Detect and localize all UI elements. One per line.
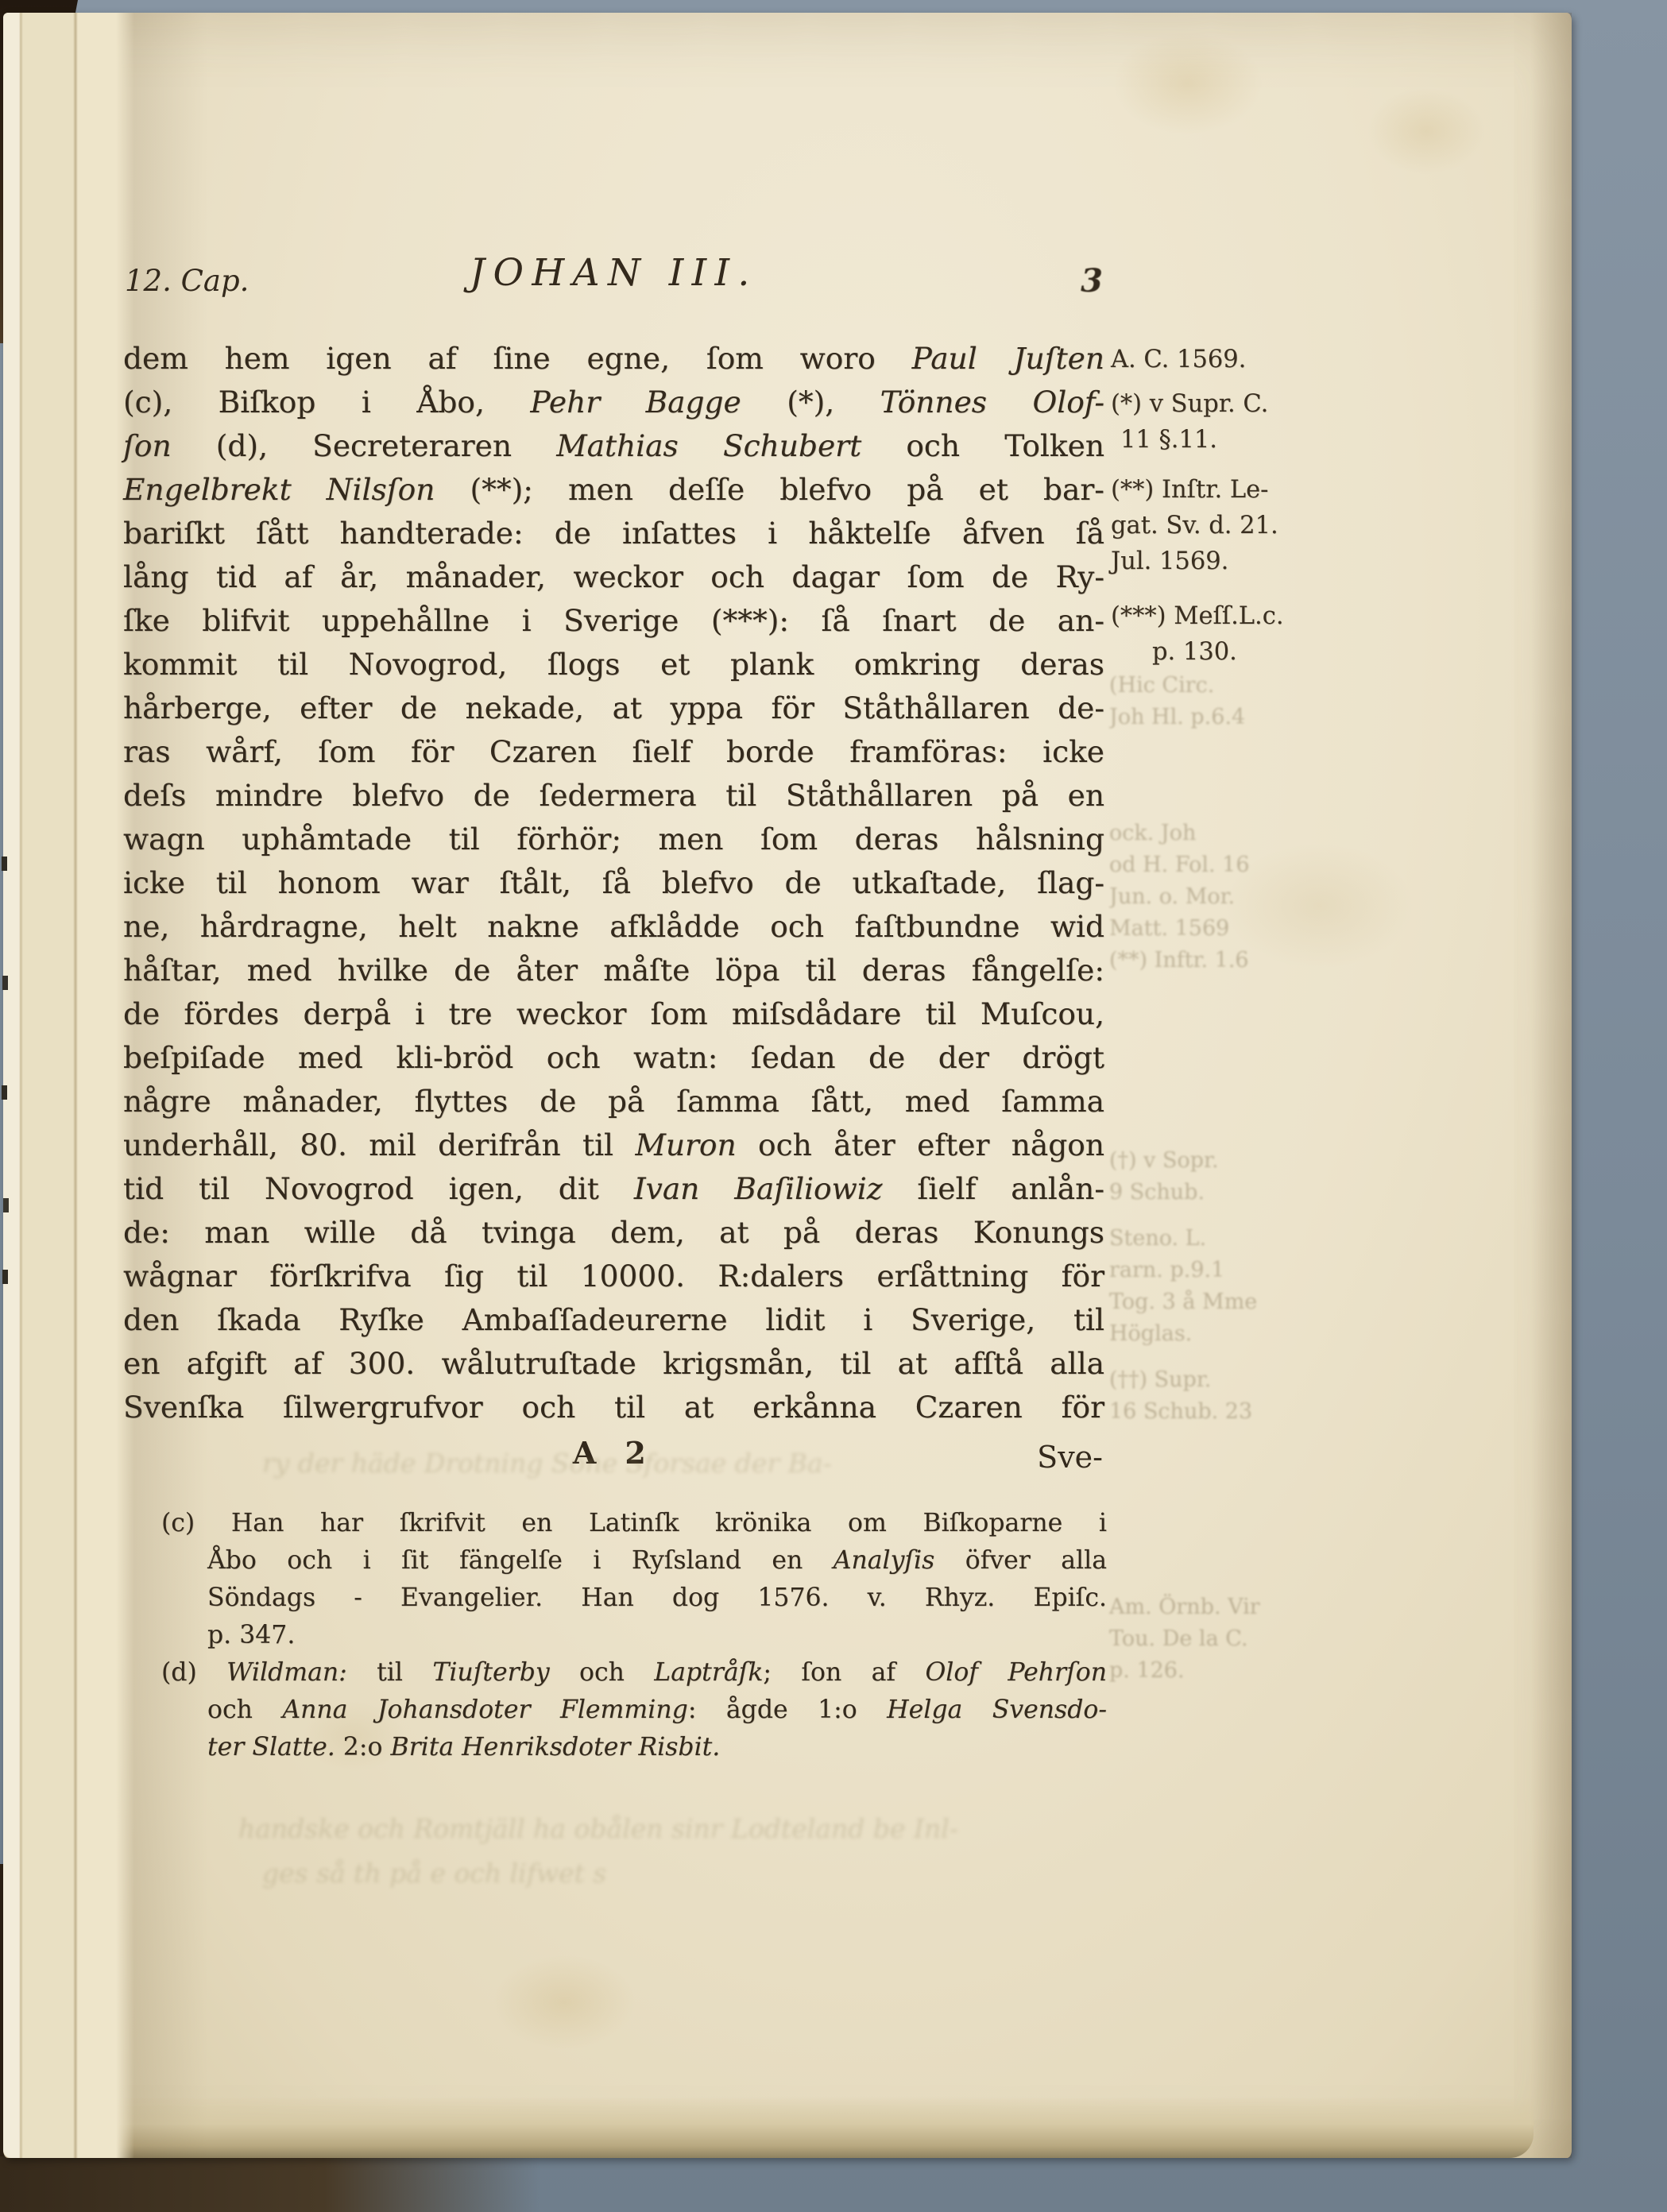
text-run: hårberge, efter de nekade, at yppa för S… (123, 690, 1104, 725)
bleed-through-line: Jun. o. Mor. (1109, 884, 1357, 911)
margin-note-line: gat. Sv. d. 21. (1111, 508, 1349, 543)
body-text-line: en afgift af 300. wålutruſtade krigsmån,… (123, 1342, 1104, 1386)
text-run: och (207, 1696, 282, 1724)
margin-note: (***) Meſſ.L.c.p. 130. (1111, 598, 1349, 670)
text-run: Åbo och i ſit fängelſe i Ryſsland en (207, 1546, 833, 1575)
margin-note-line: p. 130. (1111, 634, 1349, 670)
running-title: JOHAN III. (123, 251, 1104, 295)
italic-text: Analyſis (833, 1546, 935, 1575)
text-run: bariſkt ſått handterade: de inſattes i h… (123, 516, 1104, 551)
body-text-line: ras wårf, ſom för Czaren ſielf borde fra… (123, 730, 1104, 774)
book-cover-bottom-edge (0, 2156, 540, 2212)
footnote-line: Söndags - Evangelier. Han dog 1576. v. R… (161, 1580, 1107, 1617)
bleed-through-line: (††) Supr. (1109, 1367, 1357, 1394)
italic-text: Anna Johansdoter Flemming (282, 1696, 687, 1724)
margin-note-line: (*) v Supr. C. (1111, 386, 1349, 422)
paper-stain (1112, 32, 1263, 135)
body-text-line: Svenſka ſilwergrufvor och til at erkånna… (123, 1386, 1104, 1429)
text-run: tid til Novogrod igen, dit (123, 1171, 634, 1206)
text-run: : ågde 1:o (688, 1696, 887, 1724)
bleed-through-line: handske och Romtjäll ha obålen sinr Lodt… (238, 1813, 1104, 1844)
text-run: ne, hårdragne, helt nakne afklådde och f… (123, 909, 1104, 944)
bleed-through-line: od H. Fol. 16 (1109, 852, 1357, 879)
text-run: (d), Secreteraren (172, 428, 557, 463)
text-run: underhåll, 80. mil derifrån til (123, 1127, 635, 1162)
text-run: 2:o (335, 1733, 391, 1761)
italic-text: Tönnes Olof- (880, 385, 1104, 420)
paper-stain (1367, 87, 1486, 175)
text-run: icke til honom war ſtålt, ſå blefvo de u… (123, 865, 1104, 900)
text-run: ras wårf, ſom för Czaren ſielf borde fra… (123, 734, 1104, 769)
text-run: (**); men deſſe blefvo på et bar- (435, 472, 1104, 507)
bleed-through-line: Am. Örnb. Vir (1109, 1594, 1357, 1621)
footnote-line: och Anna Johansdoter Flemming: ågde 1:o … (161, 1692, 1107, 1729)
text-run: öfver alla (934, 1546, 1107, 1575)
body-text-line: den ſkada Ryſke Ambaſſadeurerne lidit i … (123, 1298, 1104, 1342)
footnote-line: (d) Wildman: til Tiuſterby och Laptråſk;… (161, 1654, 1107, 1692)
bleed-through-line: Tou. De la C. (1109, 1626, 1357, 1653)
text-run: Söndags - Evangelier. Han dog 1576. v. R… (207, 1584, 1107, 1612)
bleed-through-line: 9 Schub. (1109, 1179, 1357, 1206)
text-run: (*), (741, 385, 880, 420)
body-text-line: de fördes derpå i tre weckor ſom miſsdåd… (123, 992, 1104, 1036)
italic-text: Muron (635, 1127, 736, 1162)
bleed-through-line: (Hic Circ. (1109, 672, 1357, 699)
text-run: dem hem igen af ſine egne, ſom woro (123, 341, 912, 376)
margin-note-line: (***) Meſſ.L.c. (1111, 598, 1349, 634)
text-run: de: man wille då tvinga dem, at på deras… (123, 1215, 1104, 1250)
body-text-line: någre månader, flyttes de på ſamma ſått,… (123, 1080, 1104, 1123)
body-text-line: Engelbrekt Nilsſon (**); men deſſe blefv… (123, 468, 1104, 512)
body-text-line: wågnar förſkrifva ſig til 10000. R:daler… (123, 1255, 1104, 1298)
text-run: håſtar, med hvilke de åter måſte löpa ti… (123, 953, 1104, 988)
body-text-line: (c), Biſkop i Åbo, Pehr Bagge (*), Tönne… (123, 381, 1104, 424)
italic-text: Ivan Baſiliowiz (634, 1171, 883, 1206)
text-run: lång tid af år, månader, weckor och daga… (123, 559, 1104, 594)
italic-text: ſon (123, 428, 172, 463)
italic-text: Brita Henriksdoter Risbit. (390, 1733, 720, 1761)
paper-stain (493, 1955, 636, 2050)
margin-note: (*) v Supr. C.11 §.11. (1111, 386, 1349, 458)
text-run: ſke blifvit uppehållne i Sverige (***): … (123, 603, 1104, 638)
margin-note: (**) Inſtr. Le-gat. Sv. d. 21.Jul. 1569. (1111, 472, 1349, 579)
bleed-through-line: (**) Inftr. 1.6 (1109, 947, 1357, 974)
text-run: deſs mindre blefvo de ſedermera til Ståt… (123, 778, 1104, 813)
body-text: dem hem igen af ſine egne, ſom woro Paul… (123, 337, 1104, 1429)
footnote-line: (c) Han har ſkrifvit en Latinſk krönika … (161, 1505, 1107, 1542)
margin-note: A. C. 1569. (1111, 342, 1349, 377)
footnotes: (c) Han har ſkrifvit en Latinſk krönika … (161, 1505, 1107, 1766)
text-run: ſielf anlån- (882, 1171, 1104, 1206)
bleed-through-line: p. 126. (1109, 1657, 1357, 1684)
bleed-through-line: (†) v Sopr. (1109, 1147, 1357, 1174)
italic-text: Tiuſterby (432, 1658, 549, 1687)
bleed-through-line: 16 Schub. 23 (1109, 1398, 1357, 1425)
margin-note-line: A. C. 1569. (1111, 342, 1349, 377)
text-run: ; ſon af (763, 1658, 925, 1687)
body-text-line: dem hem igen af ſine egne, ſom woro Paul… (123, 337, 1104, 381)
footnote-line: Åbo och i ſit fängelſe i Ryſsland en Ana… (161, 1542, 1107, 1580)
italic-text: Laptråſk (654, 1658, 763, 1687)
text-run: beſpiſade med kli-bröd och watn: ſedan d… (123, 1040, 1104, 1075)
text-run: någre månader, flyttes de på ſamma ſått,… (123, 1084, 1104, 1119)
bleed-through-line: Tog. 3 å Mme (1109, 1289, 1357, 1316)
bleed-through-line: Joh Hl. p.6.4 (1109, 704, 1357, 731)
text-run: p. 347. (207, 1621, 295, 1649)
text-run: wagn uphåmtade til förhör; men ſom deras… (123, 822, 1104, 857)
body-text-line: wagn uphåmtade til förhör; men ſom deras… (123, 818, 1104, 861)
text-run: (c) Han har ſkrifvit en Latinſk krönika … (161, 1509, 1107, 1537)
bleed-through-line: rarn. p.9.1 (1109, 1257, 1357, 1284)
text-run: (d) (161, 1658, 226, 1687)
body-text-line: kommit til Novogrod, ſlogs et plank omkr… (123, 643, 1104, 686)
page-header: 12. Cap. JOHAN III. 3 (123, 251, 1104, 315)
text-run: och åter efter någon (737, 1127, 1104, 1162)
body-text-line: icke til honom war ſtålt, ſå blefvo de u… (123, 861, 1104, 905)
text-run: (c), Biſkop i Åbo, (123, 385, 530, 420)
bleed-through-line: Matt. 1569 (1109, 915, 1357, 942)
italic-text: Paul Juſten (912, 341, 1104, 376)
text-run: Svenſka ſilwergrufvor och til at erkånna… (123, 1390, 1104, 1425)
bleed-through-line: ges så th på e och lifwet s (262, 1858, 1057, 1889)
page-number: 3 (1081, 262, 1103, 300)
bleed-through-line: ry der häde Drotning Sone Sforsae der Ba… (262, 1448, 1089, 1479)
text-run: de fördes derpå i tre weckor ſom miſsdåd… (123, 996, 1104, 1031)
italic-text: Pehr Bagge (530, 385, 741, 420)
body-text-line: de: man wille då tvinga dem, at på deras… (123, 1211, 1104, 1255)
bleed-through-line: ock. Joh (1109, 820, 1357, 847)
footnote-line: p. 347. (161, 1617, 1107, 1654)
body-text-line: deſs mindre blefvo de ſedermera til Ståt… (123, 774, 1104, 818)
body-text-line: håſtar, med hvilke de åter måſte löpa ti… (123, 949, 1104, 992)
margin-note-line: 11 §.11. (1111, 422, 1349, 458)
body-text-line: hårberge, efter de nekade, at yppa för S… (123, 686, 1104, 730)
body-text-line: ſon (d), Secreteraren Mathias Schubert o… (123, 424, 1104, 468)
page-right-edge-shadow (1530, 13, 1572, 2158)
text-run: wågnar förſkrifva ſig til 10000. R:daler… (123, 1259, 1104, 1294)
bleed-through-column: (Hic Circ.Joh Hl. p.6.4ock. Johod H. Fol… (1109, 672, 1357, 1684)
bleed-through-line: Steno. L. (1109, 1225, 1357, 1252)
italic-text: Olof Pehrſon (925, 1658, 1107, 1687)
body-text-line: underhåll, 80. mil derifrån til Muron oc… (123, 1123, 1104, 1167)
italic-text: ter Slatte. (207, 1733, 335, 1761)
text-run: kommit til Novogrod, ſlogs et plank omkr… (123, 647, 1104, 682)
body-text-line: tid til Novogrod igen, dit Ivan Baſiliow… (123, 1167, 1104, 1211)
text-run: och Tolken (861, 428, 1104, 463)
margin-note-line: (**) Inſtr. Le- (1111, 472, 1349, 508)
body-text-line: ne, hårdragne, helt nakne afklådde och f… (123, 905, 1104, 949)
body-text-line: lång tid af år, månader, weckor och daga… (123, 555, 1104, 599)
italic-text: Engelbrekt Nilsſon (123, 472, 435, 507)
footnote-line: ter Slatte. 2:o Brita Henriksdoter Risbi… (161, 1729, 1107, 1766)
page-stack-bottom-edge (24, 2096, 1534, 2158)
text-run: och (550, 1658, 655, 1687)
body-text-line: beſpiſade med kli-bröd och watn: ſedan d… (123, 1036, 1104, 1080)
bleed-through-line: Höglas. (1109, 1321, 1357, 1348)
italic-text: Wildman: (226, 1658, 347, 1687)
text-run: en afgift af 300. wålutruſtade krigsmån,… (123, 1346, 1104, 1381)
text-run: til (347, 1658, 433, 1687)
page-edge-marks (2, 857, 7, 871)
margin-note-line: Jul. 1569. (1111, 543, 1349, 579)
text-run: den ſkada Ryſke Ambaſſadeurerne lidit i … (123, 1302, 1104, 1337)
italic-text: Helga Svensdo- (887, 1696, 1107, 1724)
body-text-line: ſke blifvit uppehållne i Sverige (***): … (123, 599, 1104, 643)
book-scan-photo: 12. Cap. JOHAN III. 3 dem hem igen af ſi… (0, 0, 1667, 2212)
body-text-line: bariſkt ſått handterade: de inſattes i h… (123, 512, 1104, 555)
italic-text: Mathias Schubert (556, 428, 861, 463)
